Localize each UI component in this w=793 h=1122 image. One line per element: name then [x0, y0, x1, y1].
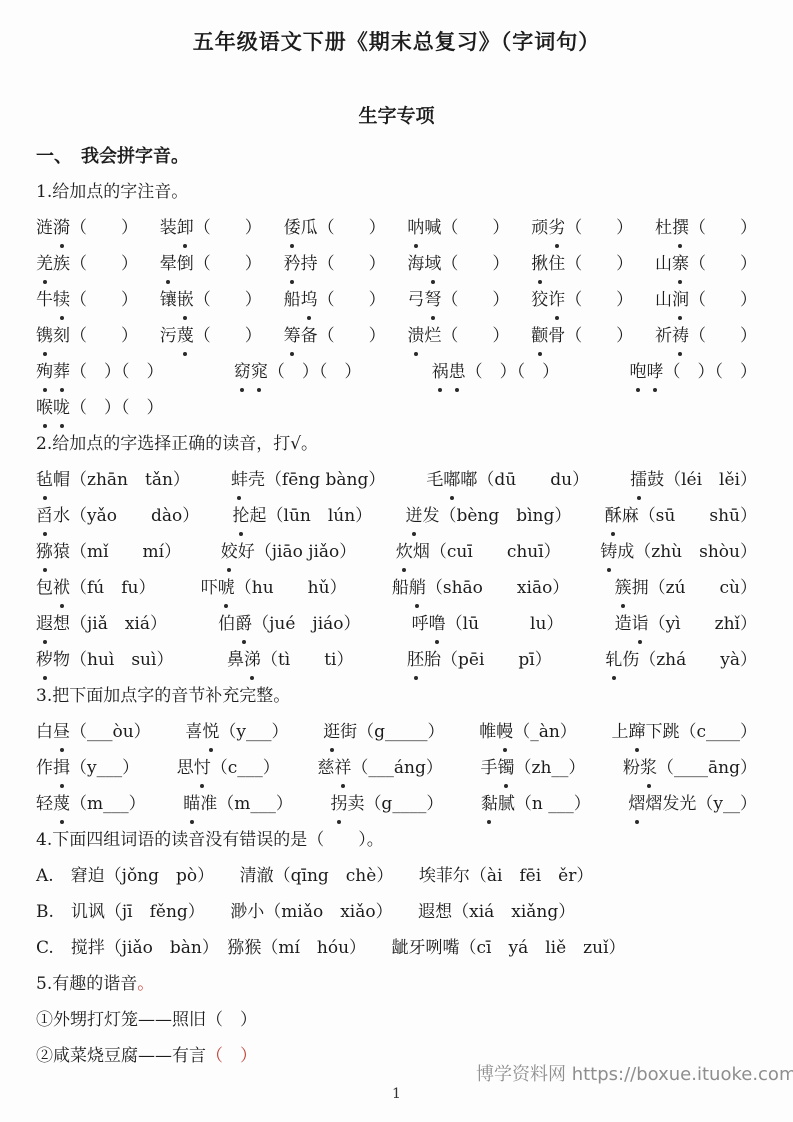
- emphasis-dotted-char: 坞: [301, 282, 318, 318]
- answer-blank: （ ）: [70, 290, 138, 310]
- word-text: 擂鼓: [630, 470, 664, 490]
- char: 族: [53, 254, 70, 274]
- char: 污: [160, 326, 177, 346]
- answer-blank: （ ）: [689, 218, 757, 238]
- answer-blank: （ ）（ ）: [70, 398, 164, 418]
- word-text: 蚌壳: [231, 470, 265, 490]
- word-text: 胚胎: [407, 650, 441, 670]
- word-item: 酥麻（sū shū）: [605, 498, 757, 534]
- word-item: 迸发（bèng bìng）: [405, 498, 571, 534]
- word-item: 蚌壳（fēng bàng）: [231, 462, 385, 498]
- word-text: 殉葬: [36, 362, 70, 382]
- emphasis-dotted-char: 毡: [36, 462, 53, 498]
- char: 轻: [36, 794, 53, 814]
- word-item: 猕猿（mǐ mí）: [36, 534, 181, 570]
- answer-blank: （ ）: [441, 326, 509, 346]
- emphasis-dotted-char: 羌: [36, 246, 53, 282]
- emphasis-dotted-char: 噜: [429, 606, 446, 642]
- emphasis-dotted-char: 迸: [405, 498, 422, 534]
- emphasis-dotted-char: 遐: [36, 606, 53, 642]
- emphasis-dotted-char: 劣: [548, 210, 565, 246]
- emphasis-dotted-char: 悦: [202, 714, 219, 750]
- emphasis-dotted-char: 咆: [629, 354, 646, 390]
- word-text: 弓弩: [407, 290, 441, 310]
- word-item: 熠熠发光（y__）: [628, 786, 757, 822]
- emphasis-dotted-char: 殉: [36, 354, 53, 390]
- emphasis-dotted-char: 姣: [221, 534, 238, 570]
- answer-blank: （y___）: [219, 722, 288, 742]
- char: 胎: [424, 650, 441, 670]
- char: 麻: [622, 506, 639, 526]
- word-item: 炊烟（cuī chuī）: [396, 534, 561, 570]
- answer-line: ①外甥打灯笼——照旧（ ）: [36, 1002, 757, 1038]
- answer-blank: （ ）: [689, 254, 757, 274]
- question-heading: 3.把下面加点字的音节补充完整。: [36, 678, 757, 714]
- word-item: 轻蔑（m___）: [36, 786, 146, 822]
- word-item: 秽物（huì suì）: [36, 642, 173, 678]
- word-text: 牛犊: [36, 290, 70, 310]
- char: 海: [407, 254, 424, 274]
- char: 伯: [218, 614, 235, 634]
- question-block: 4.下面四组词语的读音没有错误的是（ ）。A. 窘迫（jǒng pò） 清澈（q…: [36, 822, 757, 966]
- word-text: 遐想: [36, 614, 70, 634]
- answer-blank: （léi lěi）: [664, 470, 757, 490]
- answer-blank: （ ）: [194, 326, 262, 346]
- word-item: 舀水（yǎo dào）: [36, 498, 199, 534]
- emphasis-dotted-char: 蚌: [231, 462, 248, 498]
- answer-blank: （pēi pī）: [441, 650, 552, 670]
- emphasis-dotted-char: 铸: [600, 534, 617, 570]
- char: 造: [615, 614, 632, 634]
- word-text: 毡帽: [36, 470, 70, 490]
- char: 好: [238, 542, 255, 562]
- word-text: 咆哮: [629, 362, 663, 382]
- word-item: 轧伤（zhá yà）: [605, 642, 757, 678]
- char: 准: [200, 794, 217, 814]
- answer-blank: （ ）: [689, 326, 757, 346]
- emphasis-dotted-char: 炊: [396, 534, 413, 570]
- word-text: 造诣: [615, 614, 649, 634]
- word-text: 铸成: [600, 542, 634, 562]
- char: 发: [662, 794, 679, 814]
- answer-blank: （zhù shòu）: [634, 542, 757, 562]
- answer-blank: （shāo xiāo）: [426, 578, 569, 598]
- word-text: 镶嵌: [160, 290, 194, 310]
- char: 装: [160, 218, 177, 238]
- answer-blank: （g_____）: [357, 722, 444, 742]
- emphasis-dotted-char: 蔑: [177, 318, 194, 354]
- word-text: 涟漪: [36, 218, 70, 238]
- emphasis-dotted-char: 葬: [53, 354, 70, 390]
- char: 上: [611, 722, 628, 742]
- word-item: 杜撰（ ）: [655, 210, 757, 246]
- word-item: 毛嘟嘟（dū du）: [426, 462, 589, 498]
- emphasis-dotted-char: 涕: [244, 642, 261, 678]
- word-text: 上蹿下跳: [611, 722, 679, 742]
- word-text: 拐卖: [330, 794, 364, 814]
- emphasis-dotted-char: 猕: [36, 534, 53, 570]
- char: 慈: [317, 758, 334, 778]
- word-item: 手镯（zh__）: [480, 750, 585, 786]
- emphasis-dotted-char: 镌: [36, 318, 53, 354]
- answer-blank: （ ）: [318, 218, 386, 238]
- word-text: 帷幔: [479, 722, 513, 742]
- word-text: 溃烂: [407, 326, 441, 346]
- char: 吓: [201, 578, 218, 598]
- emphasis-dotted-char: 祸: [432, 354, 449, 390]
- emphasis-dotted-char: 艄: [409, 570, 426, 606]
- word-row: 羌族（ ）晕倒（ ）矜持（ ）海域（ ）揪住（ ）山寨（ ）: [36, 246, 757, 282]
- word-text: 毛嘟嘟: [426, 470, 477, 490]
- answer-blank: （n ___）: [515, 794, 591, 814]
- emphasis-dotted-char: 诣: [632, 606, 649, 642]
- emphasis-dotted-char: 诈: [548, 282, 565, 318]
- answer-blank: （fú fu）: [70, 578, 155, 598]
- word-row: 殉葬（ ）（ ）窈窕（ ）（ ）祸患（ ）（ ）咆哮（ ）（ ）: [36, 354, 757, 390]
- char: 瓜: [301, 218, 318, 238]
- answer-line-text: ②咸菜烧豆腐——有言: [36, 1046, 206, 1066]
- char: 刻: [53, 326, 70, 346]
- char: 鼓: [647, 470, 664, 490]
- emphasis-dotted-char: 爵: [235, 606, 252, 642]
- answer-blank: （jiāo jiǎo）: [255, 542, 357, 562]
- emphasis-dotted-char: 熠: [628, 786, 645, 822]
- word-item: 吓唬（hu hǔ）: [201, 570, 347, 606]
- emphasis-dotted-char: 祥: [334, 750, 351, 786]
- emphasis-dotted-char: 秽: [36, 642, 53, 678]
- word-text: 喜悦: [185, 722, 219, 742]
- char: 帷: [479, 722, 496, 742]
- char: 狡: [531, 290, 548, 310]
- answer-blank: （m___）: [217, 794, 293, 814]
- word-item: 上蹿下跳（c____）: [611, 714, 757, 750]
- word-item: 胚胎（pēi pī）: [407, 642, 552, 678]
- word-row: 包袱（fú fu）吓唬（hu hǔ）船艄（shāo xiāo）簇拥（zú cù）: [36, 570, 757, 606]
- question-block: 5.有趣的谐音。①外甥打灯笼——照旧（ ）②咸菜烧豆腐——有言（ ）: [36, 966, 757, 1074]
- char: 骨: [548, 326, 565, 346]
- char: 白: [36, 722, 53, 742]
- char: 涟: [36, 218, 53, 238]
- emphasis-dotted-char: 蔑: [53, 786, 70, 822]
- word-text: 祈祷: [655, 326, 689, 346]
- word-text: 炊烟: [396, 542, 430, 562]
- word-item: 瞄准（m___）: [183, 786, 293, 822]
- word-item: 装卸（ ）: [160, 210, 262, 246]
- emphasis-dotted-char: 浆: [640, 750, 657, 786]
- word-text: 粉浆: [623, 758, 657, 778]
- answer-blank: （dū du）: [477, 470, 589, 490]
- emphasis-dotted-char: 倭: [284, 210, 301, 246]
- word-item: 呐喊（ ）: [407, 210, 509, 246]
- word-item: 晕倒（ ）: [160, 246, 262, 282]
- emphasis-dotted-char: 祷: [672, 318, 689, 354]
- answer-blank: （sū shū）: [639, 506, 757, 526]
- word-item: 帷幔（_àn）: [479, 714, 577, 750]
- char: 熠: [645, 794, 662, 814]
- emphasis-dotted-char: 舀: [36, 498, 53, 534]
- word-item: 山涧（ ）: [655, 282, 757, 318]
- char: 腻: [498, 794, 515, 814]
- answer-blank: （___òu）: [70, 722, 151, 742]
- emphasis-dotted-char: 卸: [177, 210, 194, 246]
- word-item: 船艄（shāo xiāo）: [392, 570, 569, 606]
- emphasis-dotted-char: 撰: [672, 210, 689, 246]
- word-row: 喉咙（ ）（ ）: [36, 390, 757, 426]
- char: 包: [36, 578, 53, 598]
- word-item: 弓弩（ ）: [407, 282, 509, 318]
- emphasis-dotted-char: 逛: [323, 714, 340, 750]
- question-heading: 4.下面四组词语的读音没有错误的是（ ）。: [36, 822, 757, 858]
- answer-blank: （jué jiáo）: [252, 614, 360, 634]
- emphasis-dotted-char: 忖: [194, 750, 211, 786]
- char: 备: [301, 326, 318, 346]
- emphasis-dotted-char: 黏: [481, 786, 498, 822]
- word-text: 黏腻: [481, 794, 515, 814]
- answer-line-text: ①外甥打灯笼——照旧（ ）: [36, 1010, 257, 1030]
- answer-blank: （zhān tǎn）: [70, 470, 190, 490]
- answer-blank: （ ）: [318, 290, 386, 310]
- char: 弓: [407, 290, 424, 310]
- question-heading-text: 2.给加点的字选择正确的读音，打√。: [36, 434, 318, 454]
- word-text: 吓唬: [201, 578, 235, 598]
- question-heading-text: 1.给加点的字注音。: [36, 182, 188, 202]
- word-item: 姣好（jiāo jiǎo）: [221, 534, 357, 570]
- word-item: 山寨（ ）: [655, 246, 757, 282]
- word-item: 粉浆（____āng）: [623, 750, 757, 786]
- char: 喜: [185, 722, 202, 742]
- char: 伤: [622, 650, 639, 670]
- word-text: 瞄准: [183, 794, 217, 814]
- emphasis-dotted-char: 揪: [531, 246, 548, 282]
- word-item: 造诣（yì zhǐ）: [615, 606, 757, 642]
- document-title: 五年级语文下册《期末总复习》（字词句）: [36, 26, 757, 58]
- option-line: A. 窘迫（jǒng pò） 清澈（qīng chè） 埃菲尔（ài fēi ě…: [36, 858, 757, 894]
- word-item: 白昼（___òu）: [36, 714, 151, 750]
- char: 作: [36, 758, 53, 778]
- answer-blank: （zh__）: [514, 758, 585, 778]
- answer-blank: （bèng bìng）: [439, 506, 571, 526]
- char: 思: [177, 758, 194, 778]
- char: 船: [284, 290, 301, 310]
- word-item: 倭瓜（ ）: [284, 210, 386, 246]
- emphasis-dotted-char: 幔: [496, 714, 513, 750]
- word-text: 镌刻: [36, 326, 70, 346]
- emphasis-dotted-char: 犊: [53, 282, 70, 318]
- word-text: 祸患: [432, 362, 466, 382]
- page-number: 1: [0, 1086, 793, 1102]
- word-item: 揪住（ ）: [531, 246, 633, 282]
- emphasis-dotted-char: 矜: [284, 246, 301, 282]
- emphasis-dotted-char: 瞄: [183, 786, 200, 822]
- char: 猿: [53, 542, 70, 562]
- word-item: 伯爵（jué jiáo）: [218, 606, 360, 642]
- question-heading: 1.给加点的字注音。: [36, 174, 757, 210]
- word-text: 白昼: [36, 722, 70, 742]
- word-item: 呼噜（lū lu）: [412, 606, 564, 642]
- char: 倒: [177, 254, 194, 274]
- word-item: 毡帽（zhān tǎn）: [36, 462, 190, 498]
- question-heading-text: 5.有趣的谐音: [36, 974, 137, 994]
- emphasis-dotted-char: 胚: [407, 642, 424, 678]
- word-text: 抡起: [233, 506, 267, 526]
- answer-blank: （tì ti）: [261, 650, 354, 670]
- char: 持: [301, 254, 318, 274]
- word-item: 镌刻（ ）: [36, 318, 138, 354]
- char: 鼻: [227, 650, 244, 670]
- emphasis-dotted-char: 唬: [218, 570, 235, 606]
- word-item: 包袱（fú fu）: [36, 570, 155, 606]
- word-text: 慈祥: [317, 758, 351, 778]
- word-item: 牛犊（ ）: [36, 282, 138, 318]
- answer-blank: （c___）: [211, 758, 280, 778]
- char: 烟: [413, 542, 430, 562]
- word-text: 逛街: [323, 722, 357, 742]
- word-text: 猕猿: [36, 542, 70, 562]
- char: 帽: [53, 470, 70, 490]
- answer-blank: （ ）: [441, 218, 509, 238]
- emphasis-dotted-char: 呐: [407, 210, 424, 246]
- word-row: 遐想（jiǎ xiá）伯爵（jué jiáo）呼噜（lū lu）造诣（yì zh…: [36, 606, 757, 642]
- word-item: 溃烂（ ）: [407, 318, 509, 354]
- word-text: 作揖: [36, 758, 70, 778]
- word-item: 船坞（ ）: [284, 282, 386, 318]
- word-text: 羌族: [36, 254, 70, 274]
- emphasis-dotted-char: 筹: [284, 318, 301, 354]
- emphasis-dotted-char: 袱: [53, 570, 70, 606]
- word-text: 熠熠发光: [628, 794, 696, 814]
- emphasis-dotted-char: 昼: [53, 714, 70, 750]
- word-item: 咆哮（ ）（ ）: [629, 354, 757, 390]
- answer-blank: （ ）: [318, 326, 386, 346]
- answer-blank: （huì suì）: [70, 650, 173, 670]
- questions-container: 1.给加点的字注音。涟漪（ ）装卸（ ）倭瓜（ ）呐喊（ ）顽劣（ ）杜撰（ ）…: [36, 174, 757, 1074]
- word-text: 晕倒: [160, 254, 194, 274]
- answer-blank: （zhá yà）: [639, 650, 757, 670]
- answer-blank: （hu hǔ）: [235, 578, 347, 598]
- answer-blank: （lū lu）: [446, 614, 564, 634]
- char: 跳: [662, 722, 679, 742]
- answer-blank: （ ）: [70, 254, 138, 274]
- word-text: 轧伤: [605, 650, 639, 670]
- answer-blank: （fēng bàng）: [265, 470, 385, 490]
- answer-blank: （ ）: [194, 254, 262, 274]
- word-row: 涟漪（ ）装卸（ ）倭瓜（ ）呐喊（ ）顽劣（ ）杜撰（ ）: [36, 210, 757, 246]
- char: 杜: [655, 218, 672, 238]
- answer-blank: （zú cù）: [649, 578, 757, 598]
- char: 壳: [248, 470, 265, 490]
- char: 卖: [347, 794, 364, 814]
- answer-blank: （g____）: [364, 794, 443, 814]
- emphasis-dotted-char: 轧: [605, 642, 622, 678]
- question-heading: 2.给加点的字选择正确的读音，打√。: [36, 426, 757, 462]
- answer-blank: （cuī chuī）: [430, 542, 561, 562]
- word-text: 筹备: [284, 326, 318, 346]
- word-text: 鼻涕: [227, 650, 261, 670]
- answer-blank: （yǎo dào）: [70, 506, 199, 526]
- answer-blank: （mǐ mí）: [70, 542, 181, 562]
- answer-blank: （y___）: [70, 758, 139, 778]
- word-row: 毡帽（zhān tǎn）蚌壳（fēng bàng）毛嘟嘟（dū du）擂鼓（lé…: [36, 462, 757, 498]
- char: 山: [655, 254, 672, 274]
- answer-blank: （ ）: [194, 290, 262, 310]
- word-text: 呼噜: [412, 614, 446, 634]
- word-row: 轻蔑（m___）瞄准（m___）拐卖（g____）黏腻（n ___）熠熠发光（y…: [36, 786, 757, 822]
- word-text: 轻蔑: [36, 794, 70, 814]
- word-text: 污蔑: [160, 326, 194, 346]
- emphasis-dotted-char: 揖: [53, 750, 70, 786]
- question-heading-text: 4.下面四组词语的读音没有错误的是（ ）。: [36, 830, 384, 850]
- emphasis-dotted-char: 患: [449, 354, 466, 390]
- emphasis-dotted-char: 晕: [160, 246, 177, 282]
- emphasis-dotted-char: 擂: [630, 462, 647, 498]
- char: 想: [53, 614, 70, 634]
- word-item: 簇拥（zú cù）: [615, 570, 757, 606]
- question-heading-text: 3.把下面加点字的音节补充完整。: [36, 686, 290, 706]
- emphasis-dotted-char: 弩: [424, 282, 441, 318]
- answer-blank: （___áng）: [351, 758, 442, 778]
- answer-blank: （lūn lún）: [267, 506, 373, 526]
- answer-blank: （ ）: [565, 290, 633, 310]
- word-text: 姣好: [221, 542, 255, 562]
- answer-blank: （ ）: [689, 290, 757, 310]
- char: 下: [645, 722, 662, 742]
- char: 烂: [424, 326, 441, 346]
- option-line: C. 搅拌（jiǎo bàn） 猕猴（mí hóu） 龇牙咧嘴（cī yá li…: [36, 930, 757, 966]
- word-item: 作揖（y___）: [36, 750, 139, 786]
- char: 起: [250, 506, 267, 526]
- word-row: 作揖（y___）思忖（c___）慈祥（___áng）手镯（zh__）粉浆（___…: [36, 750, 757, 786]
- word-text: 酥麻: [605, 506, 639, 526]
- word-item: 鼻涕（tì ti）: [227, 642, 354, 678]
- word-item: 祸患（ ）（ ）: [432, 354, 560, 390]
- answer-blank: （c____）: [679, 722, 757, 742]
- word-text: 海域: [407, 254, 441, 274]
- char: 嘟: [460, 470, 477, 490]
- emphasis-dotted-char: 咙: [53, 390, 70, 426]
- answer-blank: （jiǎ xiá）: [70, 614, 167, 634]
- answer-blank: （ ）: [565, 254, 633, 274]
- answer-blank: （yì zhǐ）: [649, 614, 757, 634]
- word-item: 窈窕（ ）（ ）: [234, 354, 362, 390]
- emphasis-dotted-char: 涧: [672, 282, 689, 318]
- word-item: 抡起（lūn lún）: [233, 498, 373, 534]
- answer-blank: （y__）: [696, 794, 757, 814]
- word-text: 山涧: [655, 290, 689, 310]
- char: 镶: [160, 290, 177, 310]
- word-item: 擂鼓（léi lěi）: [630, 462, 757, 498]
- word-text: 矜持: [284, 254, 318, 274]
- word-text: 揪住: [531, 254, 565, 274]
- word-item: 海域（ ）: [407, 246, 509, 282]
- emphasis-dotted-char: 漪: [53, 210, 70, 246]
- char: 牛: [36, 290, 53, 310]
- word-text: 舀水: [36, 506, 70, 526]
- word-item: 逛街（g_____）: [323, 714, 444, 750]
- word-item: 筹备（ ）: [284, 318, 386, 354]
- word-text: 船艄: [392, 578, 426, 598]
- red-parens: （ ）: [206, 1046, 257, 1066]
- answer-blank: （_àn）: [513, 722, 577, 742]
- word-row: 白昼（___òu）喜悦（y___）逛街（g_____）帷幔（_àn）上蹿下跳（c…: [36, 714, 757, 750]
- word-item: 狡诈（ ）: [531, 282, 633, 318]
- char: 毛: [426, 470, 443, 490]
- char: 发: [422, 506, 439, 526]
- word-row: 牛犊（ ）镶嵌（ ）船坞（ ）弓弩（ ）狡诈（ ）山涧（ ）: [36, 282, 757, 318]
- emphasis-dotted-char: 窕: [251, 354, 268, 390]
- word-text: 装卸: [160, 218, 194, 238]
- word-text: 窈窕: [234, 362, 268, 382]
- emphasis-dotted-char: 抡: [233, 498, 250, 534]
